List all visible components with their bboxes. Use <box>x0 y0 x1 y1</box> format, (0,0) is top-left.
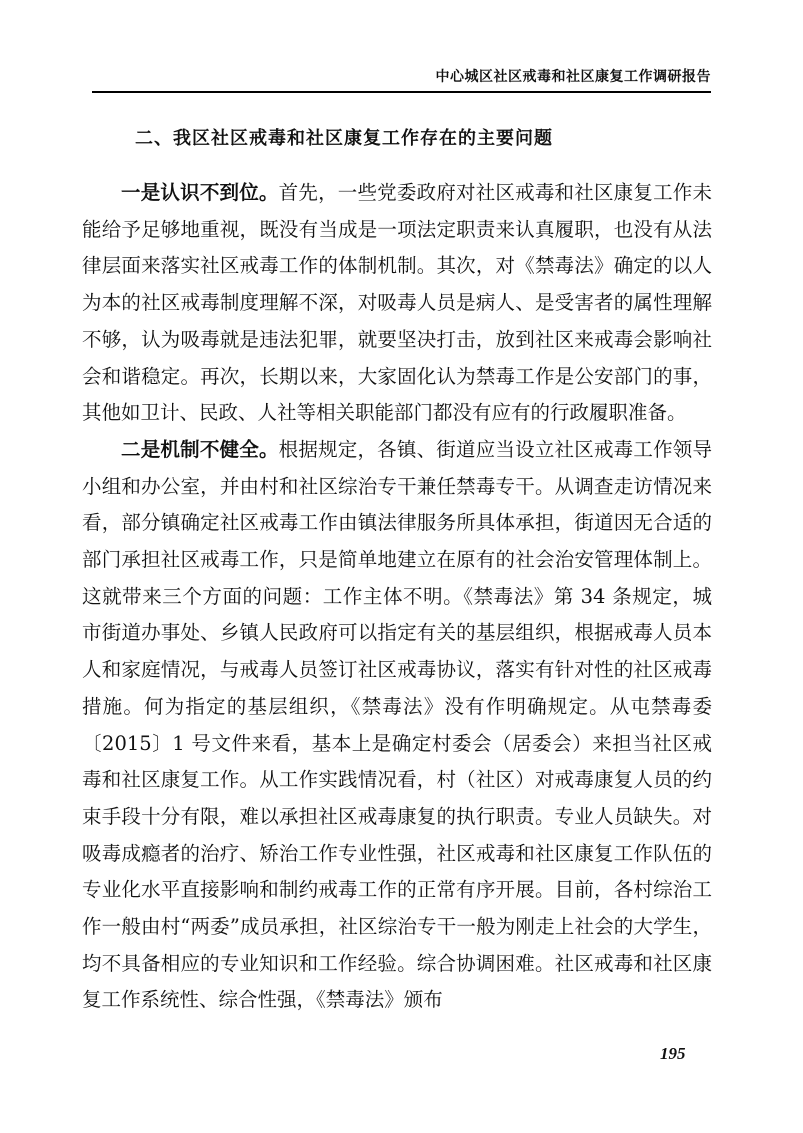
paragraph-body: 根据规定，各镇、街道应当设立社区戒毒工作领导小组和办公室，并由村和社区综治专干兼… <box>82 438 712 1012</box>
body-text: 一是认识不到位。首先，一些党委政府对社区戒毒和社区康复工作未能给予足够地重视，既… <box>82 175 712 1019</box>
paragraph-mechanism: 二是机制不健全。根据规定，各镇、街道应当设立社区戒毒工作领导小组和办公室，并由村… <box>82 432 712 1019</box>
paragraph-body: 首先，一些党委政府对社区戒毒和社区康复工作未能给予足够地重视，既没有当成是一项法… <box>82 181 712 424</box>
document-page: 中心城区社区戒毒和社区康复工作调研报告 二、我区社区戒毒和社区康复工作存在的主要… <box>0 0 803 1133</box>
paragraph-lead: 二是机制不健全。 <box>121 438 279 461</box>
page-number: 195 <box>660 1044 686 1064</box>
header-rule <box>92 91 711 93</box>
paragraph-lead: 一是认识不到位。 <box>121 181 279 204</box>
section-heading: 二、我区社区戒毒和社区康复工作存在的主要问题 <box>135 124 553 150</box>
paragraph-awareness: 一是认识不到位。首先，一些党委政府对社区戒毒和社区康复工作未能给予足够地重视，既… <box>82 175 712 432</box>
running-header: 中心城区社区戒毒和社区康复工作调研报告 <box>92 66 711 86</box>
